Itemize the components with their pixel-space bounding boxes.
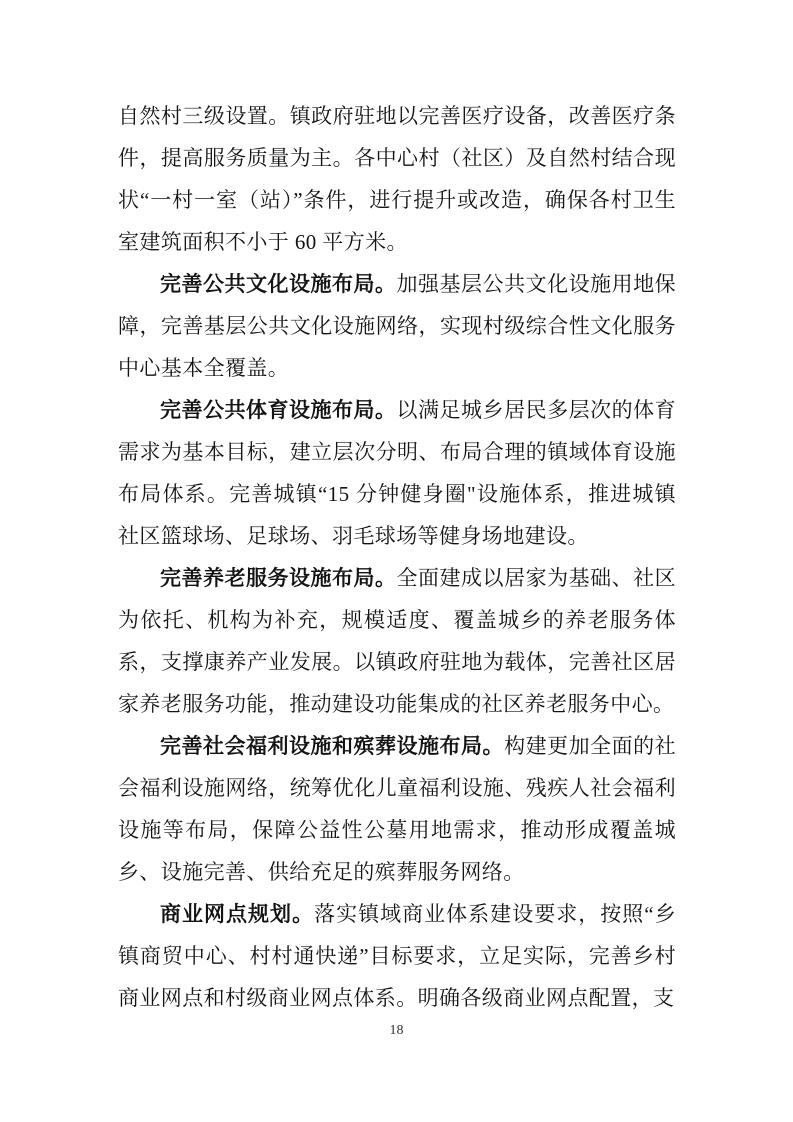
- paragraph: 商业网点规划。落实镇域商业体系建设要求，按照“乡镇商贸中心、村村通快递”目标要求…: [118, 893, 676, 1019]
- paragraph-lead: 完善养老服务设施布局。: [160, 566, 397, 590]
- paragraph: 完善公共体育设施布局。以满足城乡居民多层次的体育需求为基本目标，建立层次分明、布…: [118, 389, 676, 557]
- paragraph: 完善公共文化设施布局。加强基层公共文化设施用地保障，完善基层公共文化设施网络，实…: [118, 263, 676, 389]
- text-block: 自然村三级设置。镇政府驻地以完善医疗设备，改善医疗条件，提高服务质量为主。各中心…: [118, 95, 676, 1019]
- document-page: 自然村三级设置。镇政府驻地以完善医疗设备，改善医疗条件，提高服务质量为主。各中心…: [0, 0, 793, 1122]
- paragraph: 完善养老服务设施布局。全面建成以居家为基础、社区为依托、机构为补充，规模适度、覆…: [118, 557, 676, 725]
- paragraph-lead: 完善公共文化设施布局。: [160, 272, 397, 296]
- paragraph-text: 自然村三级设置。镇政府驻地以完善医疗设备，改善医疗条件，提高服务质量为主。各中心…: [118, 104, 676, 254]
- paragraph: 自然村三级设置。镇政府驻地以完善医疗设备，改善医疗条件，提高服务质量为主。各中心…: [118, 95, 676, 263]
- paragraph: 完善社会福利设施和殡葬设施布局。构建更加全面的社会福利设施网络，统筹优化儿童福利…: [118, 725, 676, 893]
- paragraph-lead: 商业网点规划。: [160, 902, 314, 926]
- paragraph-lead: 完善公共体育设施布局。: [160, 398, 397, 422]
- page-number: 18: [0, 1022, 793, 1040]
- paragraph-lead: 完善社会福利设施和殡葬设施布局。: [160, 734, 504, 758]
